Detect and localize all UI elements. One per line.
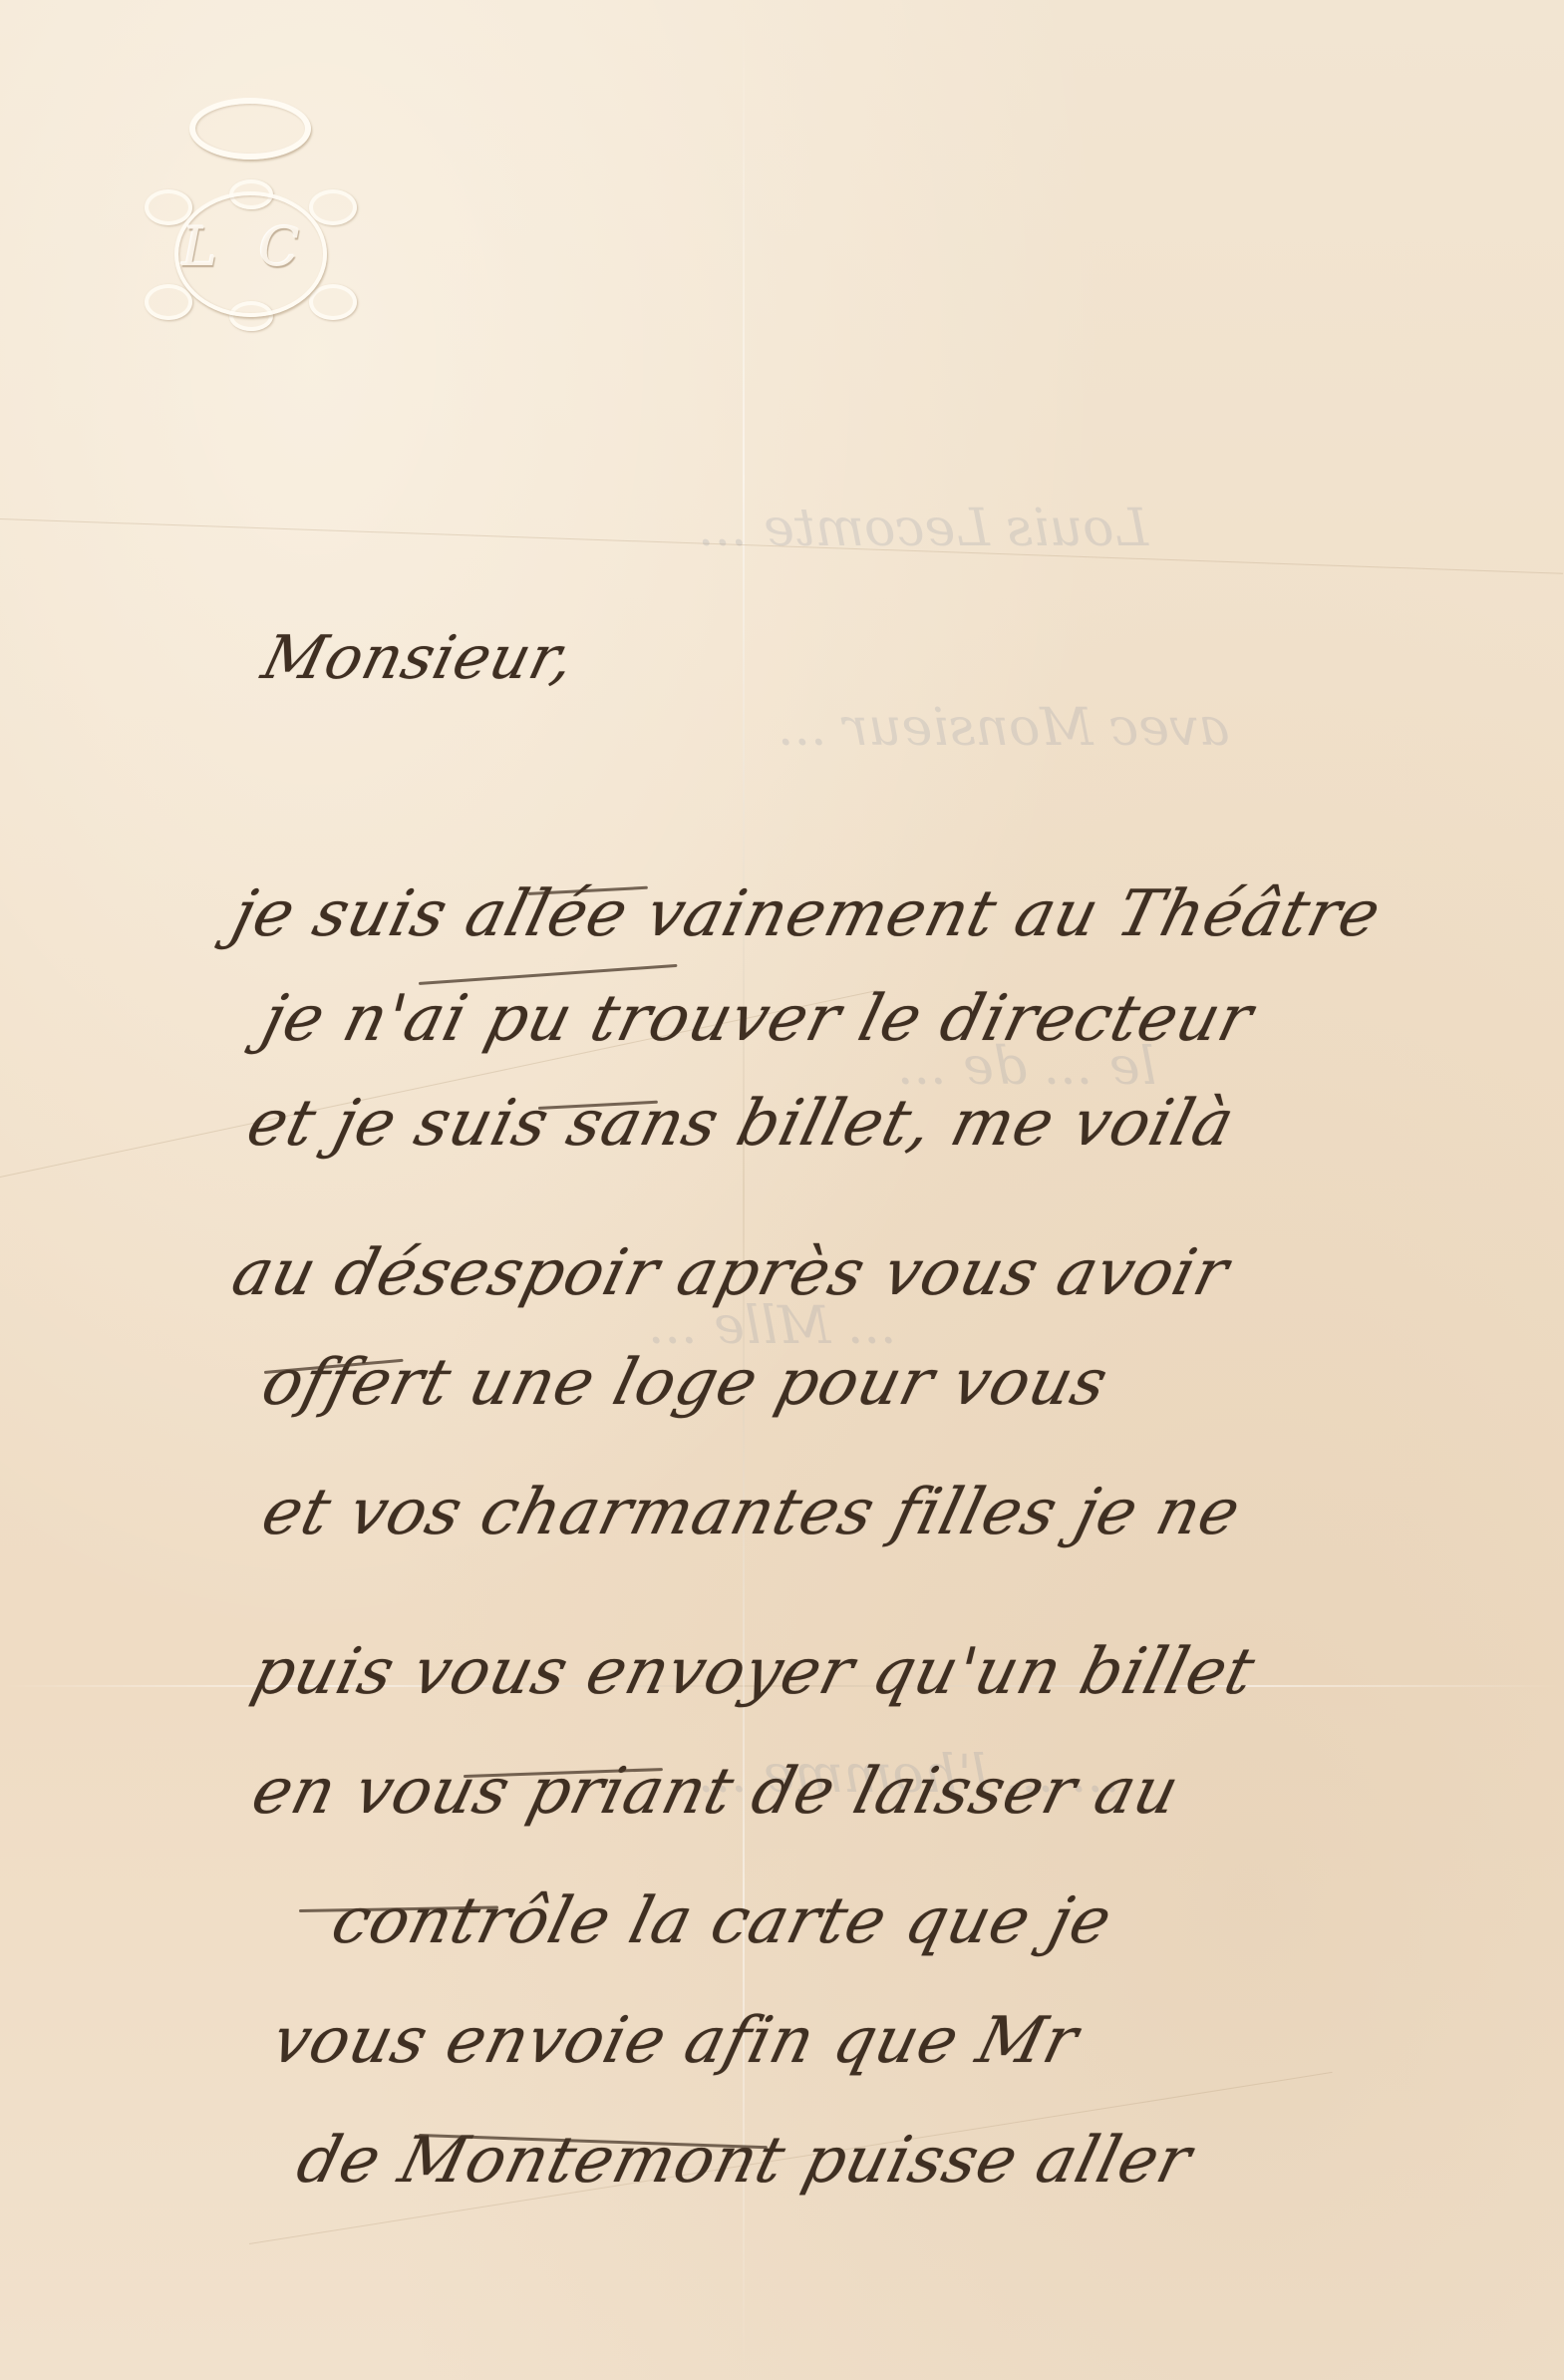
letter-line: offert une loge pour vous xyxy=(255,1346,1115,1420)
letter-line: et je suis sans billet, me voilà xyxy=(240,1087,1242,1161)
cartouche-frame: L C xyxy=(145,179,349,324)
embossed-monogram-letterhead: L C xyxy=(135,90,359,329)
letter-line: vous envoie afin que Mr xyxy=(265,2004,1086,2078)
letter-line: puis vous envoyer qu'un billet xyxy=(245,1635,1263,1709)
salutation: Monsieur, xyxy=(255,623,582,693)
letter-page: L C Louis Lecomte ... avec Monsieur ... … xyxy=(0,0,1564,2380)
letter-line: je suis allée vainement au Théâtre xyxy=(225,877,1389,951)
letter-line: au désespoir après vous avoir xyxy=(225,1236,1236,1310)
bleed-through-text: Louis Lecomte ... xyxy=(698,499,1148,558)
crown-ornament-icon xyxy=(189,98,311,160)
letter-line: en vous priant de laisser au xyxy=(245,1755,1187,1829)
letter-line: contrôle la carte que je xyxy=(325,1884,1119,1958)
bleed-through-text: avec Monsieur ... xyxy=(778,698,1229,758)
letter-line: je n'ai pu trouver le directeur xyxy=(255,982,1261,1056)
monogram-text: L C xyxy=(174,215,319,278)
letter-line: et vos charmantes filles je ne xyxy=(255,1476,1248,1549)
